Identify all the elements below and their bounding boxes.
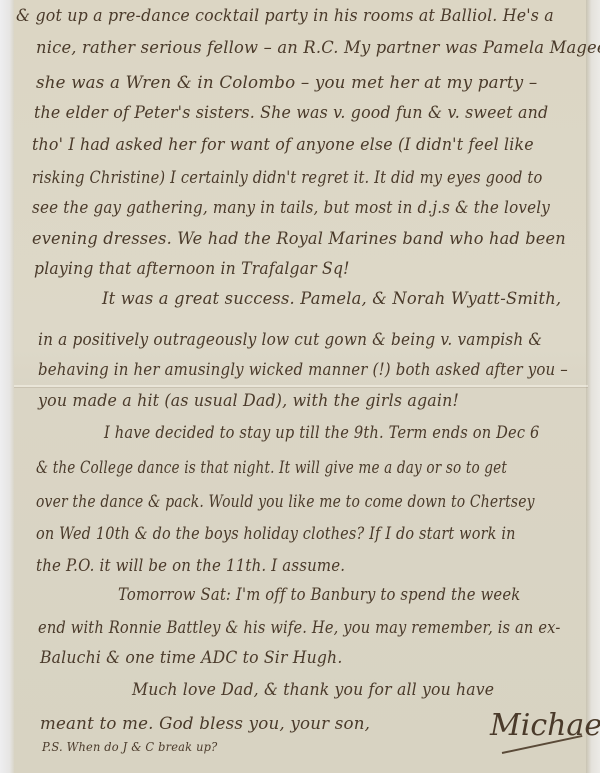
letter-line: the P.O. it will be on the 11th. I assum… xyxy=(36,556,345,576)
signature: Michael. xyxy=(490,708,600,743)
scan-background-strip xyxy=(0,0,14,773)
letter-line: Baluchi & one time ADC to Sir Hugh. xyxy=(40,648,342,668)
letter-line: meant to me. God bless you, your son, xyxy=(40,714,370,734)
letter-line: nice, rather serious fellow – an R.C. My… xyxy=(36,38,600,58)
letter-line: tho' I had asked her for want of anyone … xyxy=(32,135,534,155)
letter-line: I have decided to stay up till the 9th. … xyxy=(104,423,539,443)
letter-line: in a positively outrageously low cut gow… xyxy=(38,330,542,350)
letter-line: risking Christine) I certainly didn't re… xyxy=(32,168,542,188)
letter-line: end with Ronnie Battley & his wife. He, … xyxy=(38,618,560,638)
letter-line: playing that afternoon in Trafalgar Sq! xyxy=(34,259,350,279)
letter-line: you made a hit (as usual Dad), with the … xyxy=(38,391,459,411)
letter-line: Tomorrow Sat: I'm off to Banbury to spen… xyxy=(118,585,520,605)
letter-line: It was a great success. Pamela, & Norah … xyxy=(102,289,561,309)
letter-line: see the gay gathering, many in tails, bu… xyxy=(32,198,550,218)
letter-line: & got up a pre-dance cocktail party in h… xyxy=(16,6,554,26)
letter-line: the elder of Peter's sisters. She was v.… xyxy=(34,103,548,123)
letter-body: & got up a pre-dance cocktail party in h… xyxy=(14,0,594,773)
letter-line: evening dresses. We had the Royal Marine… xyxy=(32,229,566,249)
letter-scan: & got up a pre-dance cocktail party in h… xyxy=(0,0,600,773)
postscript: P.S. When do J & C break up? xyxy=(42,740,217,754)
letter-line: she was a Wren & in Colombo – you met he… xyxy=(36,73,537,93)
letter-line: & the College dance is that night. It wi… xyxy=(36,458,507,478)
letter-line: behaving in her amusingly wicked manner … xyxy=(38,360,568,380)
letter-line: Much love Dad, & thank you for all you h… xyxy=(132,680,494,700)
letter-line: on Wed 10th & do the boys holiday clothe… xyxy=(36,524,516,544)
letter-line: over the dance & pack. Would you like me… xyxy=(36,492,535,512)
